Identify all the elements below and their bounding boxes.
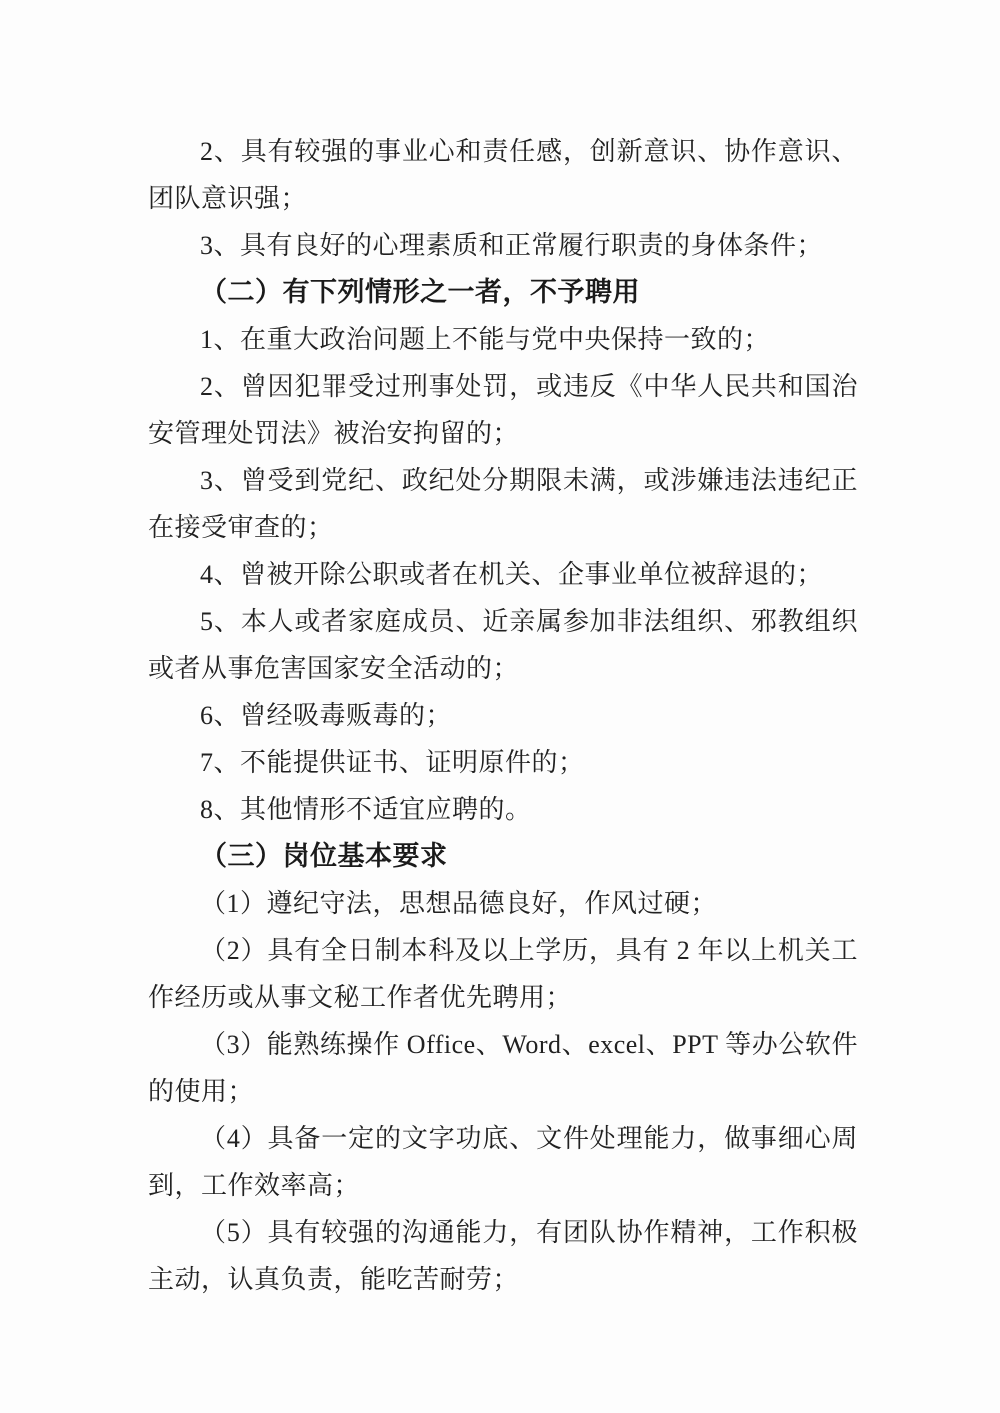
body-paragraph: 3、曾受到党纪、政纪处分期限未满，或涉嫌违法违纪正在接受审查的； — [148, 457, 858, 551]
body-paragraph: （2）具有全日制本科及以上学历，具有 2 年以上机关工作经历或从事文秘工作者优先… — [148, 927, 858, 1021]
body-paragraph: （5）具有较强的沟通能力，有团队协作精神，工作积极主动，认真负责，能吃苦耐劳； — [148, 1209, 858, 1303]
body-paragraph: 2、具有较强的事业心和责任感，创新意识、协作意识、团队意识强； — [148, 128, 858, 222]
body-paragraph: 7、不能提供证书、证明原件的； — [148, 739, 858, 786]
body-paragraph: 6、曾经吸毒贩毒的； — [148, 692, 858, 739]
body-paragraph: 2、曾因犯罪受过刑事处罚，或违反《中华人民共和国治安管理处罚法》被治安拘留的； — [148, 363, 858, 457]
section-heading-3: （三）岗位基本要求 — [148, 833, 858, 880]
body-paragraph: 8、其他情形不适宜应聘的。 — [148, 786, 858, 833]
body-paragraph: 4、曾被开除公职或者在机关、企事业单位被辞退的； — [148, 551, 858, 598]
body-paragraph: 3、具有良好的心理素质和正常履行职责的身体条件； — [148, 222, 858, 269]
body-paragraph: 5、本人或者家庭成员、近亲属参加非法组织、邪教组织或者从事危害国家安全活动的； — [148, 598, 858, 692]
section-heading-2: （二）有下列情形之一者，不予聘用 — [148, 269, 858, 316]
document-page: 2、具有较强的事业心和责任感，创新意识、协作意识、团队意识强； 3、具有良好的心… — [0, 0, 1000, 1413]
body-paragraph: （3）能熟练操作 Office、Word、excel、PPT 等办公软件的使用； — [148, 1021, 858, 1115]
body-paragraph: （1）遵纪守法，思想品德良好，作风过硬； — [148, 880, 858, 927]
body-paragraph: 1、在重大政治问题上不能与党中央保持一致的； — [148, 316, 858, 363]
body-paragraph: （4）具备一定的文字功底、文件处理能力，做事细心周到，工作效率高； — [148, 1115, 858, 1209]
